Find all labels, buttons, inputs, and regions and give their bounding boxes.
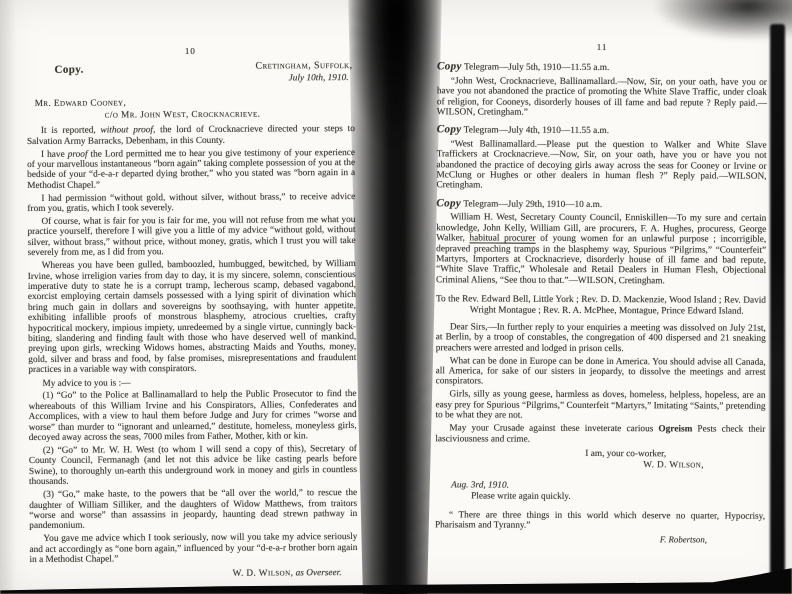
paragraph-emphasis: without proof, [100, 125, 155, 135]
signature-role: as Overseer. [296, 569, 342, 579]
letter-header: Copy. Cretingham, Suffolk, July 10th, 19… [26, 61, 354, 97]
signature-name: W. D. Wilson, [643, 460, 765, 471]
telegram-body: William H. West, Secretary County Counci… [436, 213, 766, 287]
postscript-text: Please write again quickly. [471, 492, 765, 504]
telegram-heading: Copy Telegram—July 29th, 1910—10 a.m. [436, 198, 766, 211]
paragraph: It is reported, without proof, the lord … [27, 124, 355, 147]
paragraph-text: It is reported, [41, 126, 101, 136]
paragraph-text: May your Crusade against these inveterat… [449, 423, 658, 434]
telegram-date: Telegram—July 5th, 1910—11.55 a.m. [464, 63, 609, 74]
telegram-body: “West Ballinamallard.—Please put the que… [436, 139, 766, 192]
signature: W. D. Wilson, as Overseer. [30, 568, 358, 580]
paragraph: I had permission “without gold, without … [27, 192, 355, 215]
paragraph: I have proof the Lord permitted me to he… [27, 148, 355, 192]
letter-paragraph: May your Crusade against these inveterat… [435, 423, 765, 445]
page-left: 10 Copy. Cretingham, Suffolk, July 10th,… [26, 45, 357, 581]
telegram-3: Copy Telegram—July 29th, 1910—10 a.m. Wi… [436, 198, 766, 287]
book-scan: 10 Copy. Cretingham, Suffolk, July 10th,… [0, 0, 792, 594]
paragraph-emphasis: proof [68, 149, 88, 159]
addressee: Mr. Edward Cooney, [35, 97, 355, 109]
telegram-heading: Copy Telegram—July 5th, 1910—11.55 a.m. [437, 62, 767, 75]
dateline-place: Cretingham, Suffolk, [255, 61, 352, 72]
copy-label: Copy [437, 61, 462, 73]
advice-item-2: (2) “Go” to Mr. W. H. West (to whom I wi… [29, 444, 357, 488]
postscript-date: Aug. 3rd, 1910. [451, 480, 765, 492]
letter-paragraph: Dear Sirs,—In further reply to your enqu… [436, 322, 766, 355]
telegram-1: Copy Telegram—July 5th, 1910—11.55 a.m. … [437, 62, 767, 119]
copy-label: Copy [437, 124, 462, 136]
telegram-heading: Copy Telegram—July 4th, 1910—11.55 a.m. [437, 125, 767, 138]
paragraph-text: I have [41, 149, 68, 159]
valediction: I am, your co-worker, [585, 449, 765, 460]
letter-paragraph: Girls, silly as young geese, harmless as… [435, 390, 765, 423]
advice-intro: My advice to you is :— [28, 377, 356, 389]
telegram-body: “John West, Crocknacrieve, Ballinamallar… [437, 76, 767, 119]
addressee-care-of: c/o Mr. John West, Crocknacrieve. [105, 109, 355, 121]
bold-word: Ogreism [658, 424, 692, 434]
advice-item-1: (1) “Go” to the Police at Ballinamallard… [28, 389, 356, 443]
dateline-date: July 10th, 1910. [256, 73, 353, 84]
book-edge-shadow-right [770, 24, 785, 590]
paragraph: Whereas you have been gulled, bamboozled… [28, 259, 357, 375]
closing-paragraph: You gave me advice which I took seriousl… [29, 532, 357, 565]
copy-label: Copy [436, 197, 461, 209]
page-number-right: 11 [437, 41, 767, 53]
dateline: Cretingham, Suffolk, July 10th, 1910. [255, 61, 352, 83]
letter-address: To the Rev. Edward Bell, Little York ; R… [436, 294, 766, 316]
page-number-left: 10 [26, 45, 354, 57]
telegram-date: Telegram—July 4th, 1910—11.55 a.m. [464, 126, 609, 137]
telegram-2: Copy Telegram—July 4th, 1910—11.55 a.m. … [436, 125, 766, 193]
book-gutter-shadow [348, 0, 442, 594]
letter-paragraph: What can be done in Europe can be done i… [436, 356, 766, 389]
copy-label: Copy. [54, 65, 83, 76]
underlined-phrase: habitual procurer [469, 234, 535, 244]
telegram-date: Telegram—July 29th, 1910—10 a.m. [463, 199, 602, 210]
quote-attribution: F. Robertson, [435, 534, 765, 546]
page-right: 11 Copy Telegram—July 5th, 1910—11.55 a.… [435, 41, 767, 545]
advice-item-3: (3) “Go,” make haste, to the powers that… [29, 488, 357, 532]
closing-quote: “ There are three things in this world w… [435, 510, 765, 532]
signature-name: W. D. Wilson, [233, 569, 294, 579]
scanner-edge-left [0, 0, 16, 594]
paragraph: Of course, what is fair for you is fair … [27, 215, 355, 259]
